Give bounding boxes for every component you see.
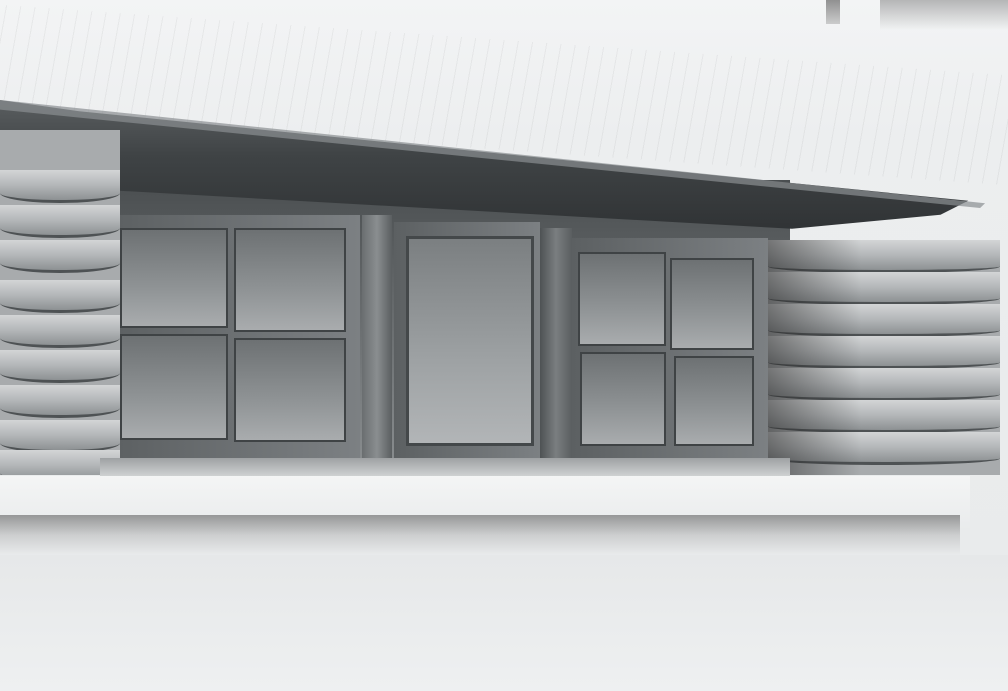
center-panel <box>406 236 534 446</box>
left-window-pane <box>120 228 228 328</box>
left-window-pane <box>120 334 228 440</box>
right-window-pane <box>670 258 754 350</box>
window-sill-ledge <box>100 458 790 476</box>
left-window-pane <box>234 338 346 442</box>
right-window-pane <box>674 356 754 446</box>
sill-shadow <box>0 515 960 555</box>
photograph <box>0 0 1008 691</box>
left-brick-pier <box>0 130 120 475</box>
brick-course <box>0 420 120 453</box>
mullion-post <box>362 215 392 460</box>
wall-stain <box>826 0 840 24</box>
brick-course <box>0 240 120 273</box>
brick-course <box>0 205 120 238</box>
right-brick-pier <box>768 240 1000 475</box>
brick-course <box>0 350 120 383</box>
wall-stain <box>880 0 1008 30</box>
left-window-pane <box>234 228 346 332</box>
right-window-pane <box>578 252 666 346</box>
brick-course <box>0 385 120 418</box>
brick-course <box>0 280 120 313</box>
pier-shadow <box>768 240 861 475</box>
mullion-post <box>540 228 572 460</box>
brick-course <box>0 170 120 203</box>
brick-course <box>0 315 120 348</box>
lower-wall <box>0 555 1008 691</box>
right-window-pane <box>580 352 666 446</box>
